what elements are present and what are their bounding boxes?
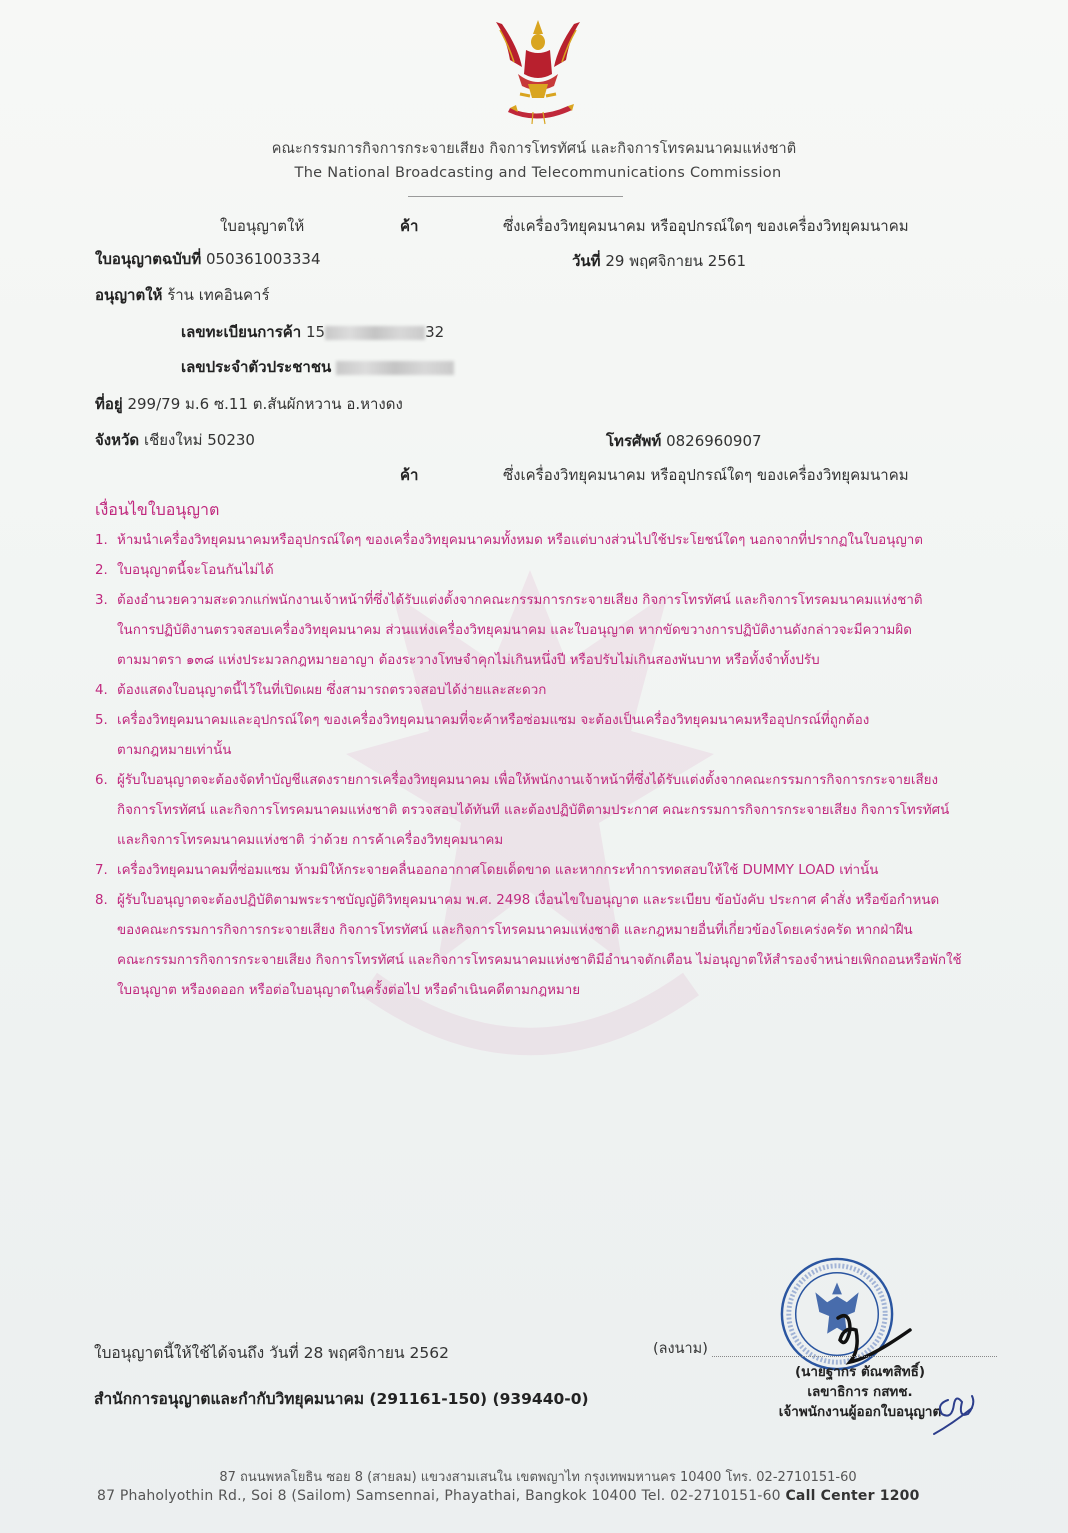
signature-line: [712, 1356, 997, 1357]
org-name-thai: คณะกรรมการกิจการกระจายเสียง กิจการโทรทัศ…: [0, 137, 1068, 160]
citizen-id-label: เลขประจำตัวประชาชน: [181, 358, 331, 376]
footer-address-english: 87 Phaholyothin Rd., Soi 8 (Sailom) Sams…: [97, 1488, 920, 1504]
condition-number: 8.: [95, 893, 117, 908]
activity-type: ค้า: [400, 463, 418, 487]
condition-line: ใบอนุญาต หรืองดออก หรือต่อใบอนุญาตในครั้…: [117, 979, 580, 1000]
condition-number: 1.: [95, 533, 117, 548]
validity-text: ใบอนุญาตนี้ให้ใช้ได้จนถึง วันที่ 28 พฤศจ…: [94, 1340, 449, 1365]
condition-line: 1.ห้ามนำเครื่องวิทยุคมนาคมหรืออุปกรณ์ใดๆ…: [95, 529, 923, 550]
grantee: อนุญาตให้ ร้าน เทคอินคาร์: [95, 283, 270, 307]
phone-value: 0826960907: [666, 432, 761, 450]
redacted-block: [336, 361, 454, 375]
condition-text: ใบอนุญาตนี้จะโอนกันไม่ได้: [117, 563, 274, 578]
address-value: 299/79 ม.6 ซ.11 ต.สันผักหวาน อ.หางดง: [127, 395, 402, 413]
condition-line: 2.ใบอนุญาตนี้จะโอนกันไม่ได้: [95, 559, 274, 580]
condition-line: 6.ผู้รับใบอนุญาตจะต้องจัดทำบัญชีแสดงรายก…: [95, 769, 938, 790]
condition-line: กิจการโทรทัศน์ และกิจการโทรคมนาคมแห่งชาต…: [117, 799, 949, 820]
address: ที่อยู่ 299/79 ม.6 ซ.11 ต.สันผักหวาน อ.ห…: [95, 392, 403, 416]
condition-line: 4.ต้องแสดงใบอนุญาตนี้ไว้ในที่เปิดเผย ซึ่…: [95, 679, 546, 700]
province-value: เชียงใหม่ 50230: [144, 431, 255, 449]
province: จังหวัด เชียงใหม่ 50230: [95, 428, 255, 452]
condition-line: 7.เครื่องวิทยุคมนาคมที่ซ่อมแซม ห้ามมิให้…: [95, 859, 878, 880]
condition-line: ตามกฎหมายเท่านั้น: [117, 739, 231, 760]
condition-text: เครื่องวิทยุคมนาคมที่ซ่อมแซม ห้ามมิให้กร…: [117, 863, 878, 878]
license-number: ใบอนุญาตฉบับที่ 050361003334: [95, 247, 321, 271]
condition-number: 7.: [95, 863, 117, 878]
license-number-value: 050361003334: [206, 250, 321, 268]
condition-line: 8.ผู้รับใบอนุญาตจะต้องปฏิบัติตามพระราชบั…: [95, 889, 939, 910]
signature-mark: [820, 1300, 920, 1370]
phone: โทรศัพท์ 0826960907: [606, 429, 762, 453]
condition-number: 4.: [95, 683, 117, 698]
trade-reg-label: เลขทะเบียนการค้า: [181, 323, 301, 341]
condition-line: คณะกรรมการกิจการกระจายเสียง กิจการโทรทัศ…: [117, 949, 962, 970]
license-title-prefix: ใบอนุญาตให้: [220, 214, 304, 238]
license-title-type: ค้า: [400, 214, 418, 238]
condition-line: และกิจการโทรคมนาคมแห่งชาติ ว่าด้วย การค้…: [117, 829, 503, 850]
org-name-english: The National Broadcasting and Telecommun…: [0, 165, 1068, 181]
condition-line: ในการปฏิบัติงานตรวจสอบเครื่องวิทยุคมนาคม…: [117, 619, 912, 640]
grantee-label: อนุญาตให้: [95, 286, 162, 304]
redacted-block: [325, 326, 425, 340]
initials-mark: [928, 1390, 983, 1440]
footer-address-en-text: 87 Phaholyothin Rd., Soi 8 (Sailom) Sams…: [97, 1488, 781, 1504]
condition-text: คณะกรรมการกิจการกระจายเสียง กิจการโทรทัศ…: [117, 953, 962, 968]
condition-number: 2.: [95, 563, 117, 578]
condition-text: เครื่องวิทยุคมนาคมและอุปกรณ์ใดๆ ของเครื่…: [117, 713, 869, 728]
trade-reg-start: 15: [306, 323, 325, 341]
footer-address-thai: 87 ถนนพหลโยธิน ซอย 8 (สายลม) แขวงสามเสนใ…: [0, 1466, 1068, 1487]
signer-name: (นายฐากร ตัณฑสิทธิ์): [760, 1362, 960, 1382]
license-number-label: ใบอนุญาตฉบับที่: [95, 250, 201, 268]
trade-registration: เลขทะเบียนการค้า 1532: [181, 320, 444, 344]
condition-line: 5.เครื่องวิทยุคมนาคมและอุปกรณ์ใดๆ ของเคร…: [95, 709, 869, 730]
condition-text: กิจการโทรทัศน์ และกิจการโทรคมนาคมแห่งชาต…: [117, 803, 949, 818]
condition-text: ต้องแสดงใบอนุญาตนี้ไว้ในที่เปิดเผย ซึ่งส…: [117, 683, 546, 698]
address-label: ที่อยู่: [95, 395, 123, 413]
condition-text: และกิจการโทรคมนาคมแห่งชาติ ว่าด้วย การค้…: [117, 833, 503, 848]
condition-text: ของคณะกรรมการกิจการกระจายเสียง กิจการโทร…: [117, 923, 913, 938]
conditions-title: เงื่อนไขใบอนุญาต: [95, 498, 219, 523]
trade-reg-end: 32: [425, 323, 444, 341]
condition-line: ของคณะกรรมการกิจการกระจายเสียง กิจการโทร…: [117, 919, 913, 940]
header-divider: [408, 196, 623, 197]
condition-line: ตามมาตรา ๑๓๘ แห่งประมวลกฎหมายอาญา ต้องระ…: [117, 649, 820, 670]
citizen-id: เลขประจำตัวประชาชน: [181, 355, 454, 379]
condition-text: ในการปฏิบัติงานตรวจสอบเครื่องวิทยุคมนาคม…: [117, 623, 912, 638]
license-date: วันที่ 29 พฤศจิกายน 2561: [572, 249, 746, 273]
condition-text: ผู้รับใบอนุญาตจะต้องจัดทำบัญชีแสดงรายการ…: [117, 773, 938, 788]
sign-label: (ลงนาม): [653, 1337, 708, 1360]
condition-text: ห้ามนำเครื่องวิทยุคมนาคมหรืออุปกรณ์ใดๆ ข…: [117, 533, 923, 548]
condition-number: 3.: [95, 593, 117, 608]
phone-label: โทรศัพท์: [606, 432, 661, 450]
condition-number: 6.: [95, 773, 117, 788]
activity-subject: ซึ่งเครื่องวิทยุคมนาคม หรืออุปกรณ์ใดๆ ขอ…: [503, 463, 909, 487]
condition-text: ตามมาตรา ๑๓๘ แห่งประมวลกฎหมายอาญา ต้องระ…: [117, 653, 820, 668]
office-text: สำนักการอนุญาตและกำกับวิทยุคมนาคม (29116…: [94, 1386, 589, 1411]
condition-text: ใบอนุญาต หรืองดออก หรือต่อใบอนุญาตในครั้…: [117, 983, 580, 998]
condition-text: ตามกฎหมายเท่านั้น: [117, 743, 231, 758]
call-center: Call Center 1200: [785, 1488, 919, 1504]
grantee-value: ร้าน เทคอินคาร์: [167, 286, 269, 304]
condition-number: 5.: [95, 713, 117, 728]
province-label: จังหวัด: [95, 431, 139, 449]
condition-text: ผู้รับใบอนุญาตจะต้องปฏิบัติตามพระราชบัญญ…: [117, 893, 939, 908]
license-title-subject: ซึ่งเครื่องวิทยุคมนาคม หรืออุปกรณ์ใดๆ ขอ…: [503, 214, 909, 238]
license-date-value: 29 พฤศจิกายน 2561: [605, 252, 746, 270]
condition-text: ต้องอำนวยความสะดวกแก่พนักงานเจ้าหน้าที่ซ…: [117, 593, 923, 608]
garuda-emblem-icon: [488, 12, 588, 130]
condition-line: 3.ต้องอำนวยความสะดวกแก่พนักงานเจ้าหน้าที…: [95, 589, 923, 610]
license-date-label: วันที่: [572, 252, 601, 270]
